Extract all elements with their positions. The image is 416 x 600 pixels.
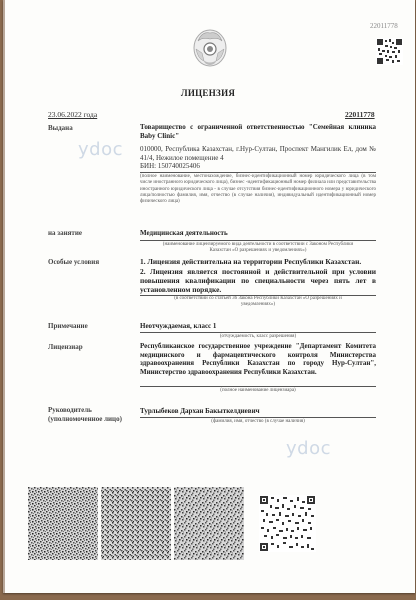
licensee-hint: (полное наименование, местонахождение, б… bbox=[140, 174, 376, 205]
condition-2: 2. Лицензия является постоянной и действ… bbox=[140, 267, 376, 294]
signature-matrix-code-icon bbox=[174, 487, 244, 560]
divider bbox=[140, 172, 376, 173]
condition-1: 1. Лицензия действительна на территории … bbox=[140, 257, 376, 266]
note-value: Неотчуждаемая, класс 1 bbox=[140, 322, 376, 331]
licensor-hint: (полное наименование лицензиара) bbox=[140, 388, 376, 394]
signature-matrix-code-icon bbox=[101, 487, 171, 560]
divider bbox=[140, 332, 376, 333]
divider bbox=[140, 240, 376, 241]
head-value: Турлыбеков Дархан Бакыткелдиевич bbox=[140, 407, 376, 416]
ydoc-watermark: ydoc bbox=[286, 438, 331, 459]
note-label: Примечание bbox=[48, 322, 88, 331]
verification-qr-code-icon bbox=[259, 495, 316, 552]
head-label: Руководитель (уполномоченное лицо) bbox=[48, 406, 122, 424]
corner-qr-code-icon bbox=[376, 38, 403, 65]
issued-to-label: Выдана bbox=[48, 124, 73, 133]
licensee-name: Товарищество с ограниченной ответственно… bbox=[140, 123, 376, 140]
corner-document-number: 22011778 bbox=[370, 22, 398, 30]
issue-date: 23.06.2022 года bbox=[48, 110, 97, 119]
conditions-label: Особые условия bbox=[48, 258, 99, 267]
head-hint: (фамилия, имя, отчество (в случае наличи… bbox=[140, 419, 376, 425]
licensee-bin: БИН: 150740025406 bbox=[140, 162, 376, 171]
activity-hint: (наименование лицензируемого вида деятел… bbox=[140, 242, 376, 255]
licensee-address: 010000, Республика Казахстан, г.Нур-Султ… bbox=[140, 145, 376, 162]
note-hint: (отчуждаемость, класс разрешения) bbox=[140, 334, 376, 340]
conditions-hint: (в соответствии со статьей 36 Закона Рес… bbox=[140, 296, 376, 309]
state-emblem-icon bbox=[192, 27, 228, 69]
licensor-label: Лицензиар bbox=[48, 343, 83, 352]
signature-matrix-code-icon bbox=[28, 487, 98, 560]
activity-value: Медицинская деятельность bbox=[140, 229, 376, 238]
activity-label: на занятие bbox=[48, 229, 82, 238]
ydoc-watermark: ydoc bbox=[78, 139, 123, 160]
head-label-line1: Руководитель bbox=[48, 406, 122, 415]
divider bbox=[140, 386, 376, 387]
head-label-line2: (уполномоченное лицо) bbox=[48, 415, 122, 424]
licensor-value: Республиканское государственное учрежден… bbox=[140, 342, 376, 376]
document-title: ЛИЦЕНЗИЯ bbox=[0, 88, 416, 98]
digital-signature-codes bbox=[28, 487, 244, 560]
divider bbox=[140, 417, 376, 418]
license-number: 22011778 bbox=[345, 110, 375, 119]
